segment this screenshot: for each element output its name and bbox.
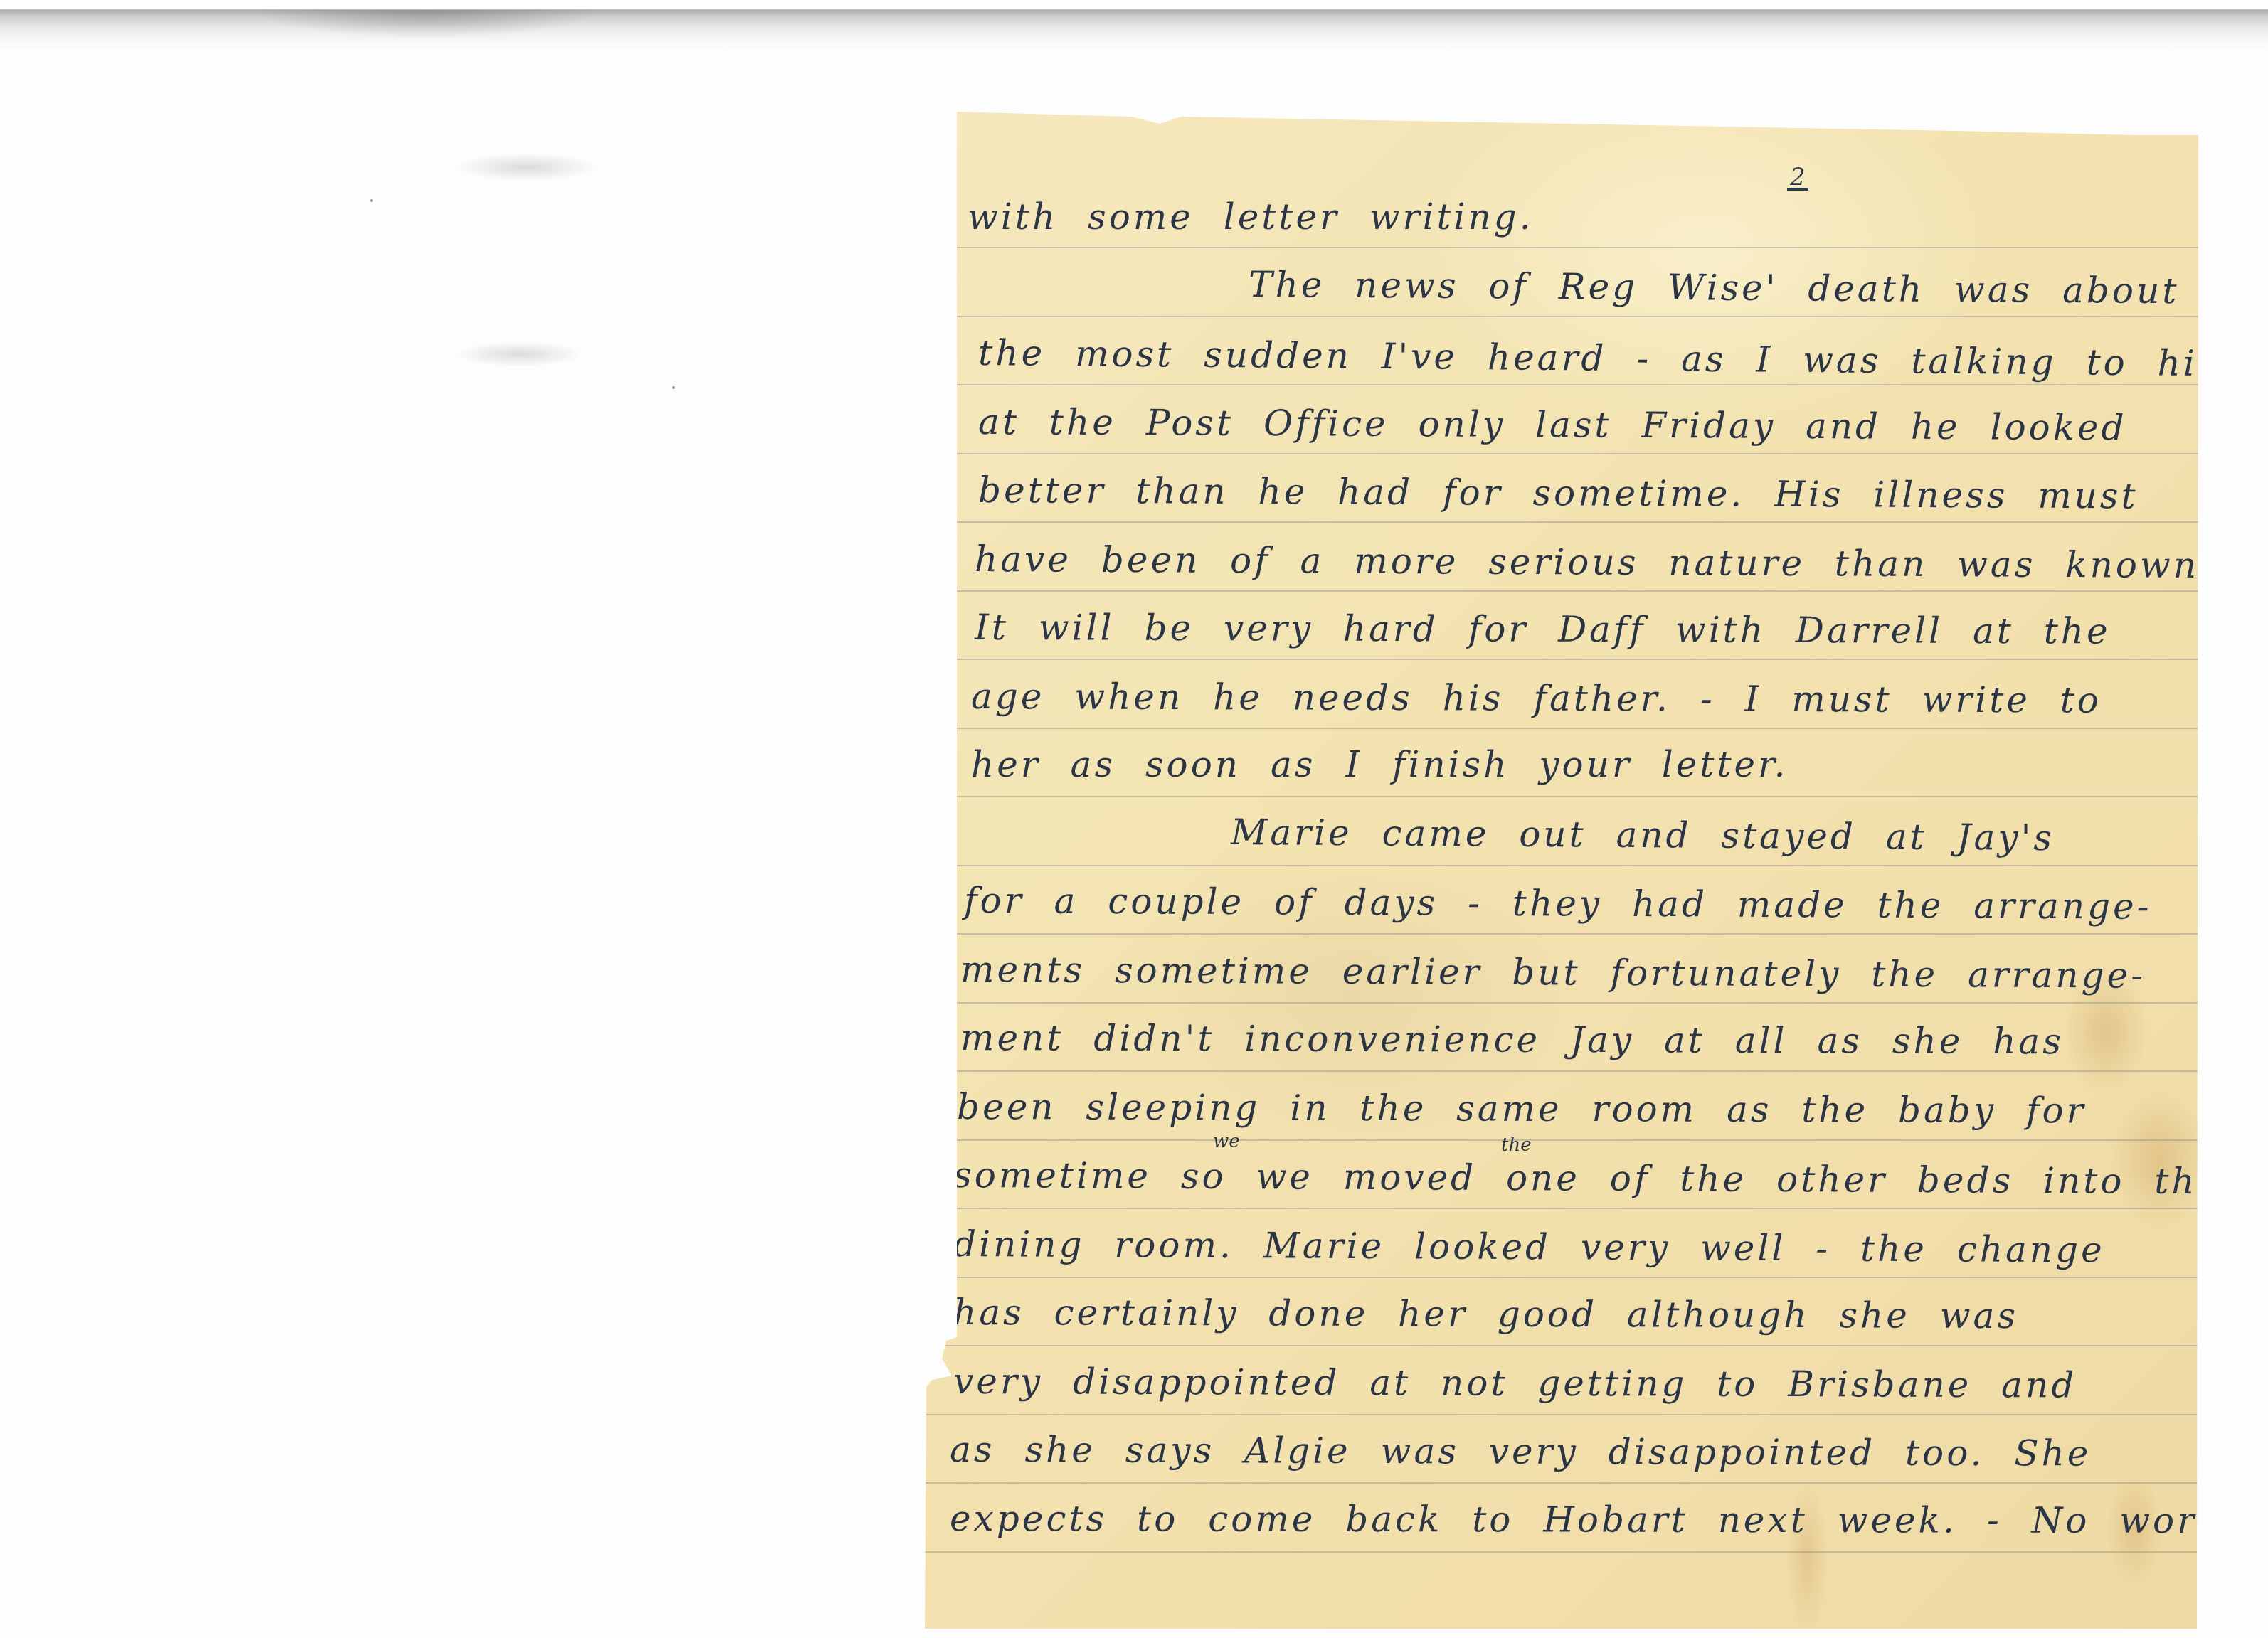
scanner-top-shadow	[0, 0, 2268, 50]
ruled-line	[925, 1345, 2205, 1346]
ruled-line	[925, 1208, 2205, 1209]
ruled-line	[925, 1070, 2205, 1072]
handwritten-line: dining room. Marie looked very well - th…	[953, 1223, 2134, 1272]
handwritten-line: as she says Algie was very disappointed …	[950, 1428, 2131, 1475]
ruled-line	[925, 1277, 2205, 1278]
handwritten-line: ments sometime earlier but fortunately t…	[960, 948, 2141, 997]
background-smudge	[455, 153, 598, 181]
scanner-shadow-spot	[256, 10, 598, 38]
ruled-line	[925, 728, 2205, 729]
ruled-line	[925, 384, 2205, 385]
background-speck	[370, 199, 373, 202]
page-number: 2	[1787, 166, 1808, 191]
ruled-line	[925, 1551, 2205, 1553]
handwritten-line: It will be very hard for Daff with Darre…	[975, 606, 2156, 653]
handwritten-line: better than he had for sometime. His ill…	[978, 469, 2159, 518]
handwritten-line: very disappointed at not getting to Bris…	[953, 1360, 2134, 1407]
ruled-line	[925, 1002, 2205, 1004]
ruled-line	[925, 453, 2205, 454]
handwritten-line: with some letter writing.	[968, 196, 2148, 238]
ruled-line	[925, 1414, 2205, 1415]
background-smudge	[455, 341, 583, 367]
ruled-line	[925, 1139, 2205, 1141]
ruled-line	[925, 865, 2205, 866]
ruled-line	[925, 1482, 2205, 1484]
handwritten-line: expects to come back to Hobart next week…	[950, 1497, 2131, 1542]
ruled-line	[925, 247, 2205, 248]
handwritten-line: have been of a more serious nature than …	[975, 538, 2156, 587]
inserted-word: the	[1501, 1134, 1532, 1156]
ruled-line	[925, 316, 2205, 317]
ruled-line	[925, 659, 2205, 660]
handwritten-line: has certainly done her good although she…	[953, 1291, 2134, 1338]
handwritten-line: the most sudden I've heard - as I was ta…	[978, 331, 2159, 384]
letter-page: 2 with some letter writing. The news of …	[925, 107, 2205, 1632]
handwritten-line: Marie came out and stayed at Jay's	[1231, 811, 2268, 862]
ruled-line	[925, 796, 2205, 797]
handwritten-line: age when he needs his father. - I must w…	[971, 675, 2152, 722]
handwritten-line: for a couple of days - they had made the…	[964, 879, 2145, 928]
ruled-line	[925, 933, 2205, 935]
ruled-line	[925, 521, 2205, 523]
background-speck	[672, 386, 675, 389]
ruled-line	[925, 590, 2205, 592]
handwritten-line: The news of Reg Wise' death was about	[1249, 263, 2268, 314]
inserted-word: we	[1213, 1131, 1240, 1152]
handwritten-line: ment didn't inconvenience Jay at all as …	[960, 1016, 2141, 1063]
handwritten-line: at the Post Office only last Friday and …	[978, 400, 2159, 450]
handwritten-line: been sleeping in the same room as the ba…	[957, 1085, 2138, 1132]
handwritten-line: sometime so we moved one of the other be…	[953, 1154, 2134, 1203]
handwritten-line: her as soon as I finish your letter.	[971, 743, 2152, 786]
